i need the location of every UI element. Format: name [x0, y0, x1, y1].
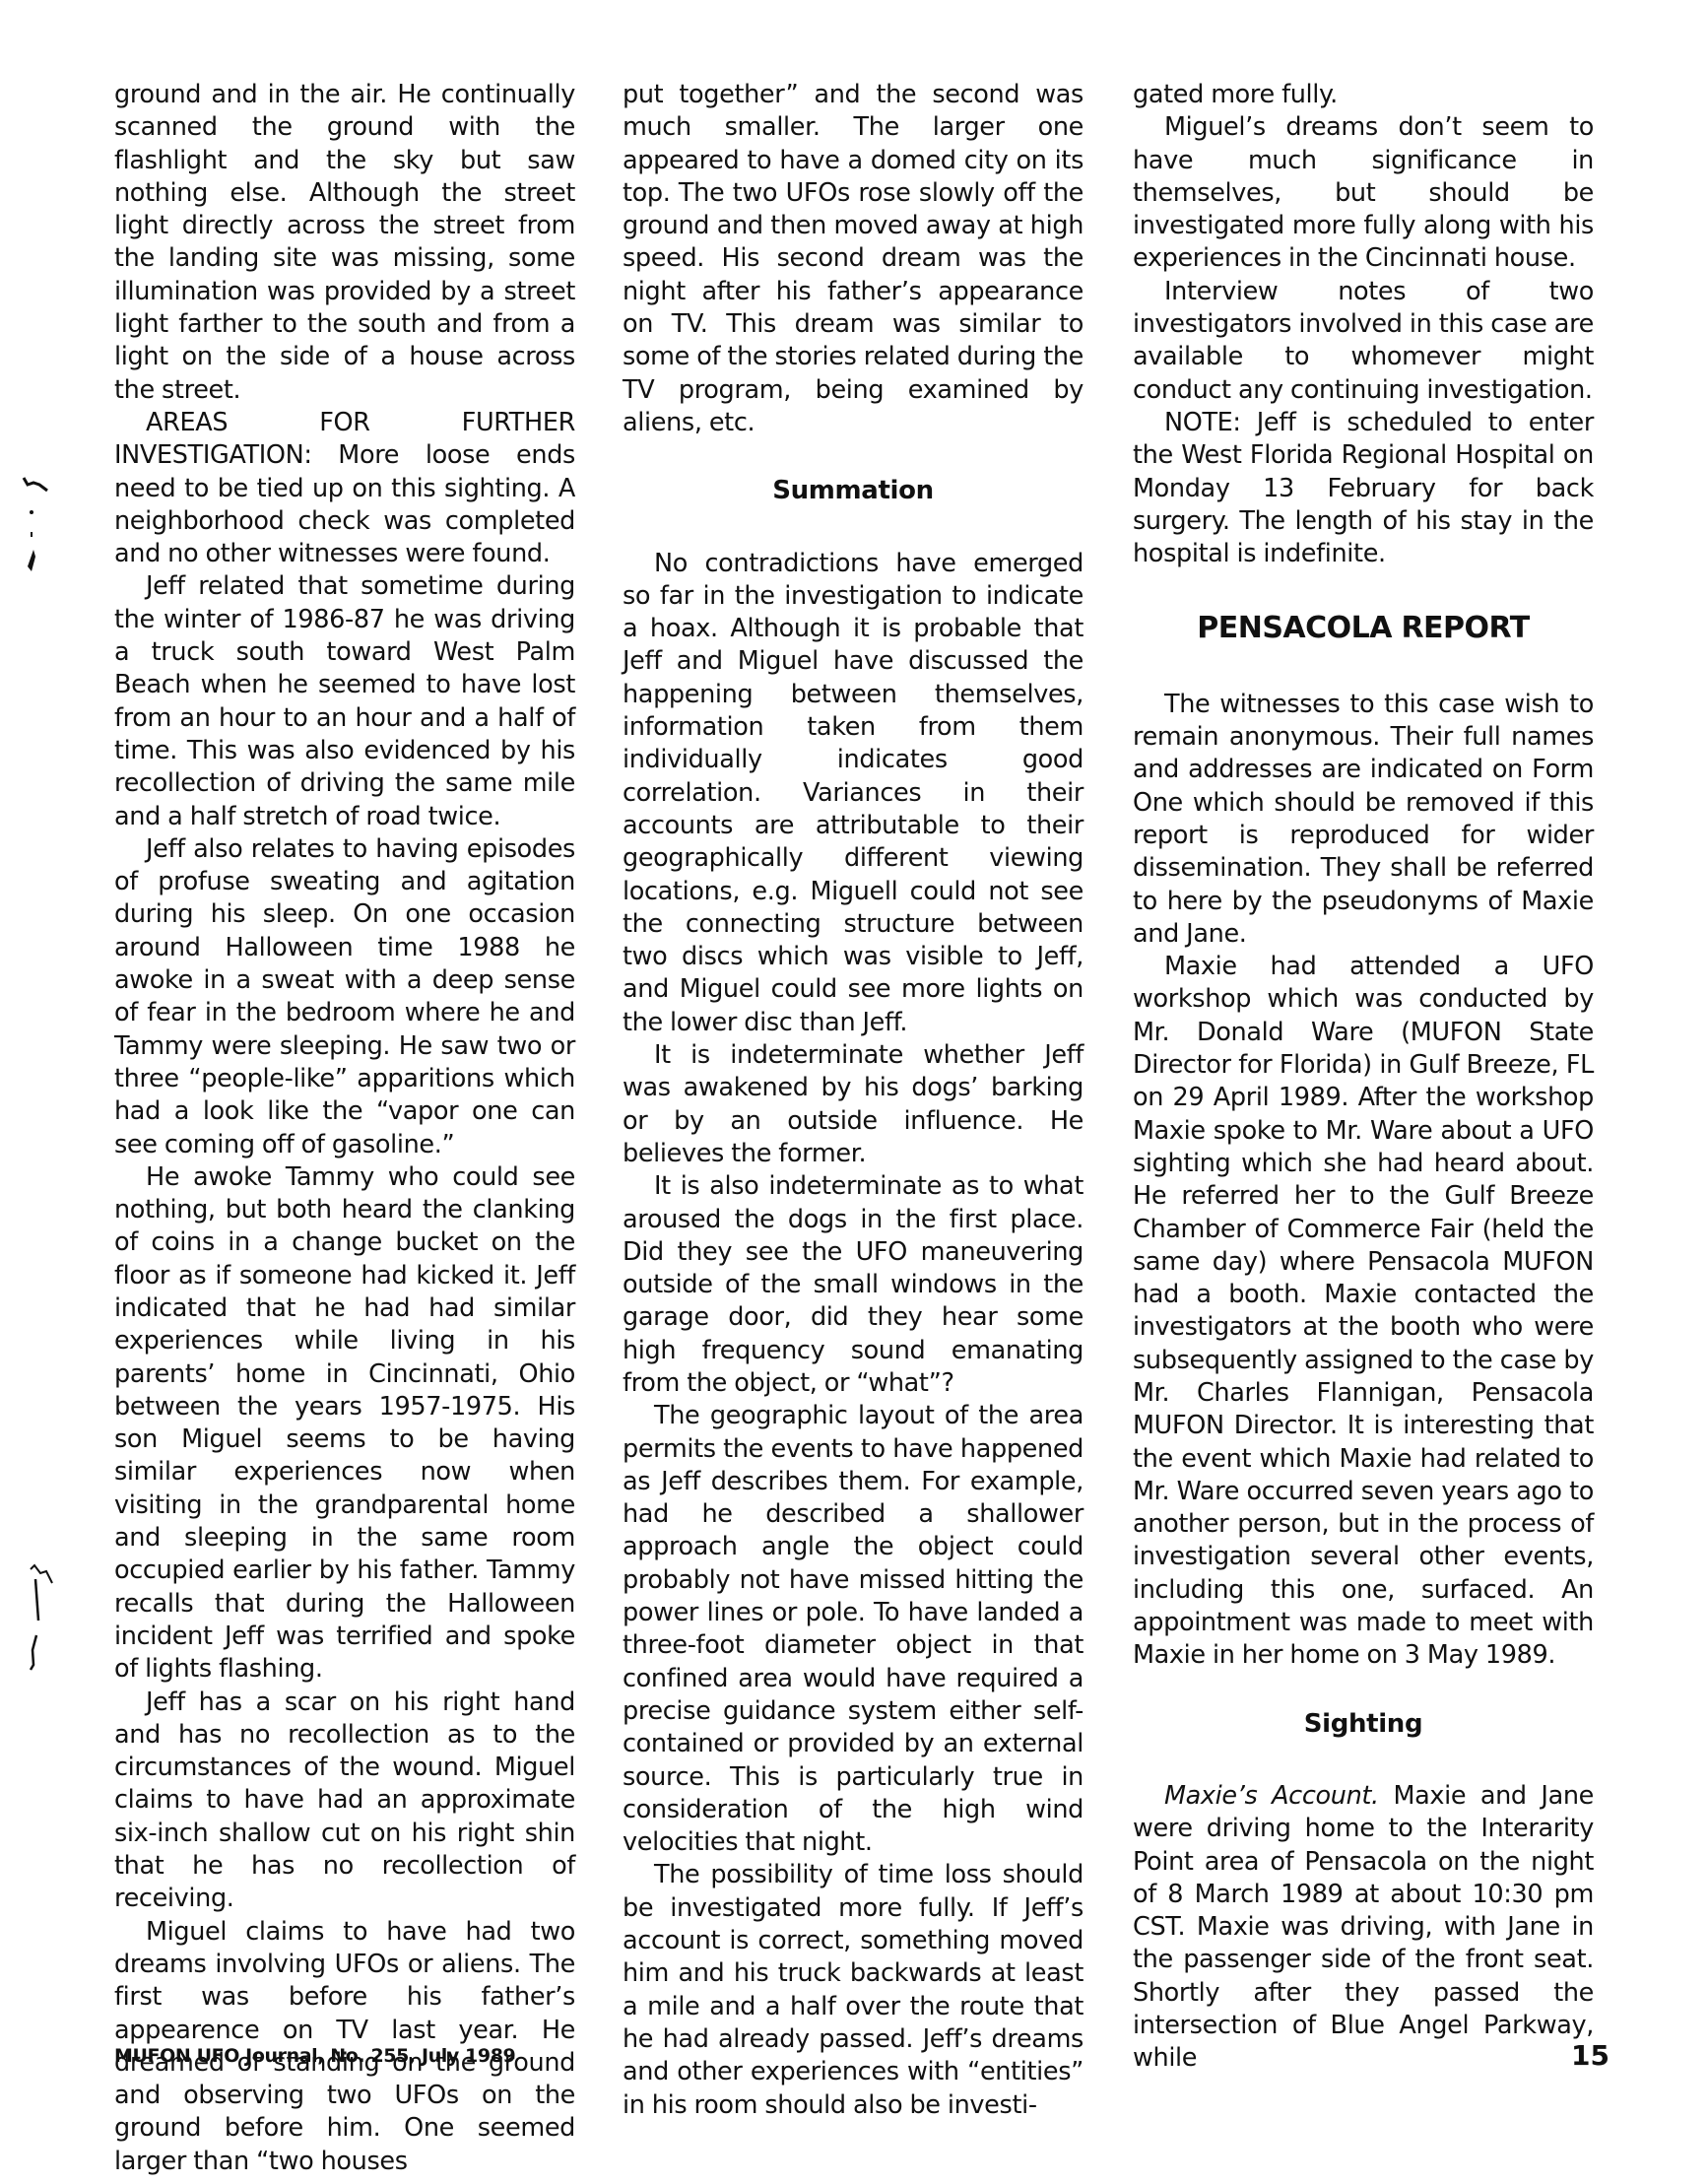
body-paragraph: Miguel’s dreams don’t seem to have much … — [1133, 111, 1594, 275]
body-paragraph: He awoke Tammy who could see nothing, bu… — [114, 1161, 575, 1687]
scan-margin-mark-bottom-icon — [25, 1561, 64, 1680]
body-paragraph: Jeff also relates to having episodes of … — [114, 833, 575, 1161]
article-heading-pensacola-report: PENSACOLA REPORT — [1133, 612, 1594, 644]
scan-margin-mark-top-icon — [20, 473, 59, 571]
body-paragraph: Jeff has a scar on his right hand and ha… — [114, 1687, 575, 1916]
journal-footer: MUFON UFO Journal, No. 255, July 1989 — [114, 2045, 515, 2067]
section-heading-summation: Summation — [623, 475, 1084, 507]
body-paragraph: It is indeterminate whether Jeff was awa… — [623, 1039, 1084, 1170]
body-paragraph: gated more fully. — [1133, 79, 1594, 111]
body-paragraph: ground and in the air. He continually sc… — [114, 79, 575, 407]
sighting-paragraph: Maxie’s Account. Maxie and Jane were dri… — [1133, 1780, 1594, 2076]
magazine-page: ground and in the air. He continually sc… — [0, 0, 1708, 2184]
body-paragraph: No contradictions have emerged so far in… — [623, 548, 1084, 1039]
body-paragraph: It is also indeterminate as to what arou… — [623, 1170, 1084, 1400]
sighting-text: Maxie and Jane were driving home to the … — [1133, 1781, 1594, 2073]
column-2: put together” and the second was much sm… — [623, 79, 1084, 2122]
body-paragraph: Maxie had attended a UFO workshop which … — [1133, 951, 1594, 1673]
body-paragraph: Interview notes of two investigators inv… — [1133, 276, 1594, 407]
areas-for-further-investigation-paragraph: AREAS FOR FURTHER INVESTIGATION: More lo… — [114, 407, 575, 570]
section-heading-sighting: Sighting — [1133, 1708, 1594, 1741]
column-3: gated more fully. Miguel’s dreams don’t … — [1133, 79, 1594, 2076]
maxies-account-lead: Maxie’s Account. — [1164, 1781, 1379, 1811]
body-paragraph: Jeff related that sometime during the wi… — [114, 570, 575, 832]
body-paragraph: put together” and the second was much sm… — [623, 79, 1084, 439]
page-number: 15 — [1571, 2039, 1609, 2072]
note-paragraph: NOTE: Jeff is scheduled to enter the Wes… — [1133, 407, 1594, 570]
column-1: ground and in the air. He continually sc… — [114, 79, 575, 2178]
body-paragraph: The geographic layout of the area permit… — [623, 1400, 1084, 1859]
body-paragraph: The witnesses to this case wish to remai… — [1133, 689, 1594, 951]
body-paragraph: The possibility of time loss should be i… — [623, 1859, 1084, 2121]
